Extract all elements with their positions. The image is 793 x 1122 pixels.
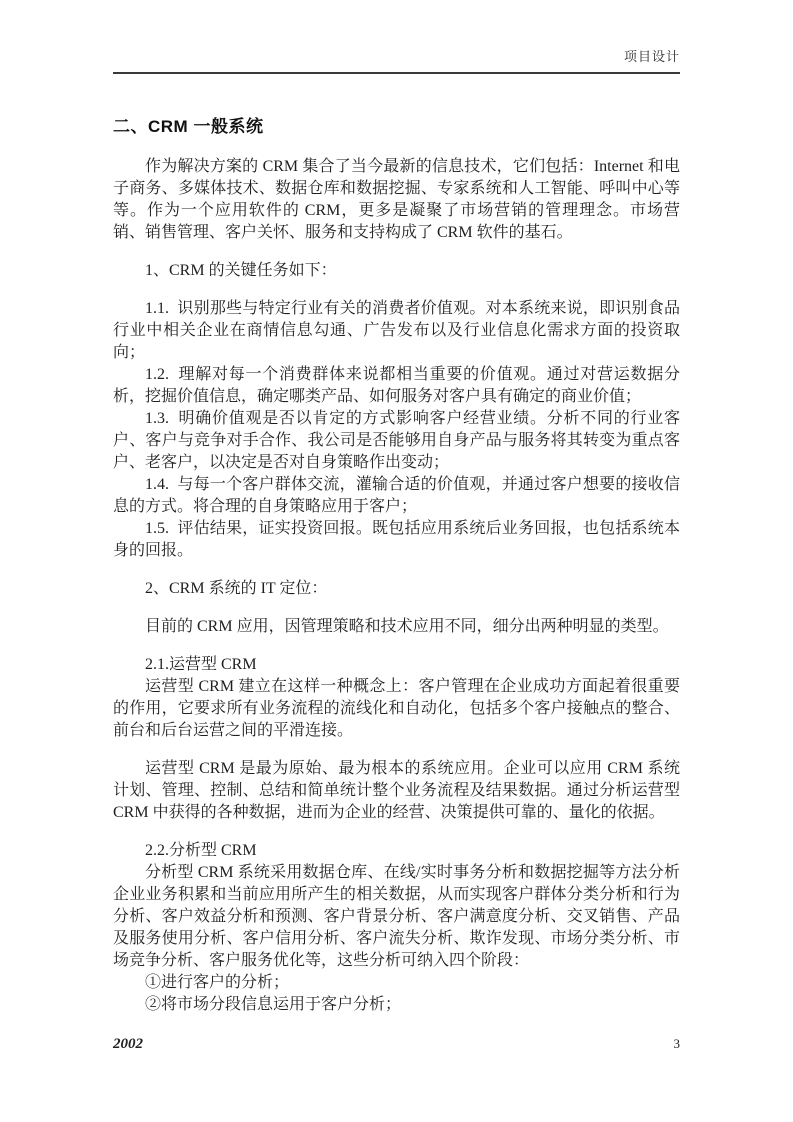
paragraph-2-2-body: 分析型 CRM 系统采用数据仓库、在线/实时事务分析和数据挖掘等方法分析企业业务…: [113, 862, 680, 972]
paragraph-it-intro: 目前的 CRM 应用，因管理策略和技术应用不同，细分出两种明显的类型。: [113, 616, 680, 638]
paragraph-task-1-1: 1.1. 识别那些与特定行业有关的消费者价值观。对本系统来说，即识别食品行业中相…: [113, 298, 680, 364]
paragraph-2-1-body-2: 运营型 CRM 是最为原始、最为根本的系统应用。企业可以应用 CRM 系统计划、…: [113, 758, 680, 824]
footer-page-number: 3: [674, 1036, 681, 1052]
paragraph-intro: 作为解决方案的 CRM 集合了当今最新的信息技术，它们包括：Internet 和…: [113, 156, 680, 244]
paragraph-stage-1: ①进行客户的分析；: [113, 972, 680, 994]
paragraph-task-1-3: 1.3. 明确价值观是否以肯定的方式影响客户经营业绩。分析不同的行业客户、客户与…: [113, 408, 680, 474]
paragraph-stage-2: ②将市场分段信息运用于客户分析；: [113, 994, 680, 1016]
footer-year: 2002: [113, 1036, 143, 1053]
paragraph-it-head: 2、CRM 系统的 IT 定位：: [113, 578, 680, 600]
paragraph-task-1-4: 1.4. 与每一个客户群体交流，灌输合适的价值观，并通过客户想要的接收信息的方式…: [113, 474, 680, 518]
paragraph-task-1-2: 1.2. 理解对每一个消费群体来说都相当重要的价值观。通过对营运数据分析，挖掘价…: [113, 364, 680, 408]
paragraph-task-1-5: 1.5. 评估结果，证实投资回报。既包括应用系统后业务回报，也包括系统本身的回报…: [113, 518, 680, 562]
section-title: 二、CRM 一般系统: [113, 115, 680, 139]
paragraph-2-1-body: 运营型 CRM 建立在这样一种概念上：客户管理在企业成功方面起着很重要的作用，它…: [113, 676, 680, 742]
header-title: 项目设计: [624, 49, 680, 64]
paragraph-tasks-head: 1、CRM 的关键任务如下：: [113, 260, 680, 282]
paragraph-2-1-head: 2.1.运营型 CRM: [113, 654, 680, 676]
page-footer: 2002 3: [113, 1036, 680, 1053]
document-page: 项目设计 二、CRM 一般系统 作为解决方案的 CRM 集合了当今最新的信息技术…: [0, 0, 793, 1122]
page-header: 项目设计: [113, 46, 680, 74]
document-body: 二、CRM 一般系统 作为解决方案的 CRM 集合了当今最新的信息技术，它们包括…: [113, 74, 680, 1016]
paragraph-2-2-head: 2.2.分析型 CRM: [113, 840, 680, 862]
